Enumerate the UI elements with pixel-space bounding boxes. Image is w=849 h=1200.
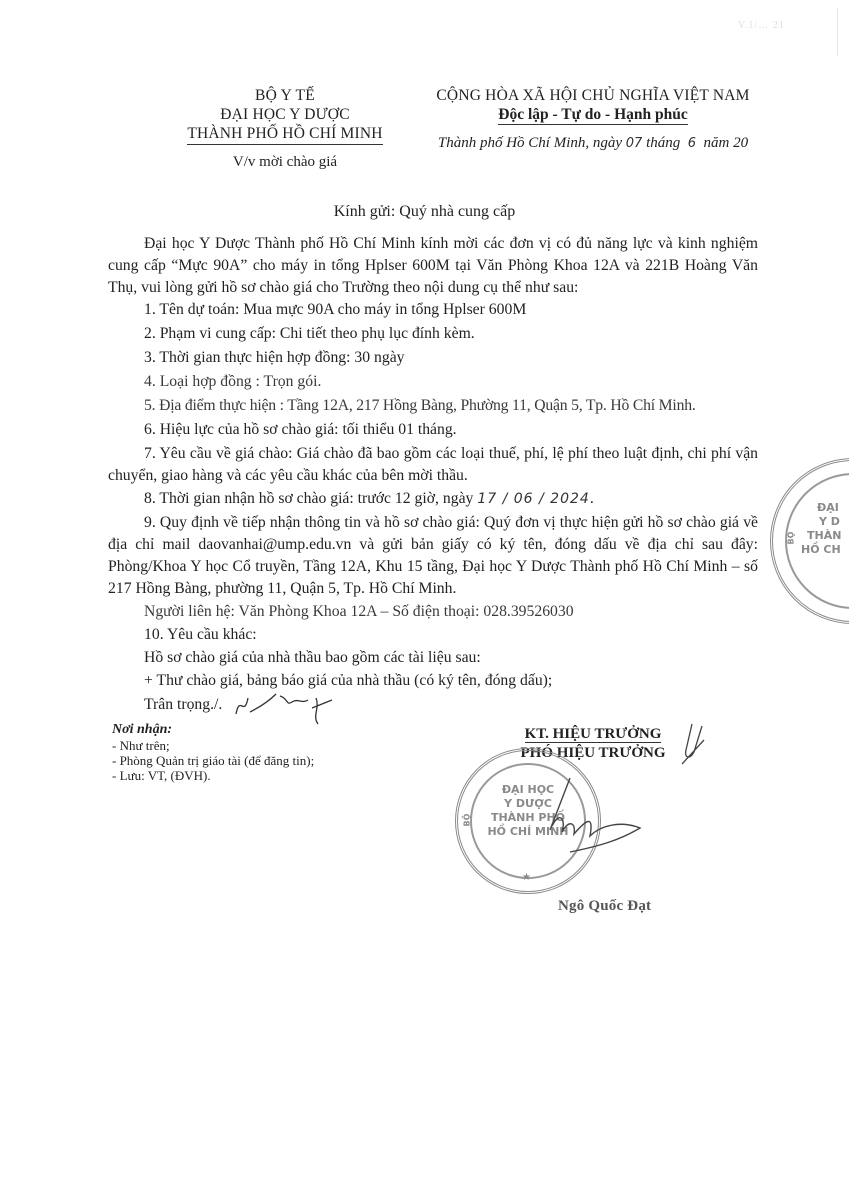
scan-mark: V.1/… 21 (738, 20, 785, 31)
item-2: 2. Phạm vi cung cấp: Chi tiết theo phụ l… (144, 323, 475, 345)
seal-side-text: BỘ (460, 814, 474, 827)
seal-star-icon: ★ (522, 871, 531, 885)
item-1: 1. Tên dự toán: Mua mực 90A cho máy in t… (144, 299, 526, 321)
closing: Trân trọng./. (144, 694, 222, 716)
contact-line: Người liên hệ: Văn Phòng Khoa 12A – Số đ… (144, 601, 574, 623)
university-name-line2: THÀNH PHỐ HỒ CHÍ MINH (187, 124, 382, 145)
edge-seal-line4: HỒ CH (795, 543, 849, 557)
signatory-name: Ngô Quốc Đạt (558, 898, 651, 915)
document-date: Thành phố Hồ Chí Minh, ngày 07 tháng 6 n… (408, 134, 778, 153)
deadline-handwritten: 17 / 06 / 2024 (477, 491, 590, 507)
recipient-item: - Phòng Quản trị giáo tài (để đăng tin); (112, 753, 314, 768)
national-header: CỘNG HÒA XÃ HỘI CHỦ NGHĨA VIỆT NAM Độc l… (408, 86, 778, 153)
university-name-line1: ĐẠI HỌC Y DƯỢC (140, 105, 430, 124)
documents-item: + Thư chào giá, bảng báo giá của nhà thầ… (144, 670, 552, 692)
approval-mark (678, 720, 708, 770)
edge-seal-side-text: BỘ (784, 532, 798, 545)
ministry-name: BỘ Y TẾ (140, 86, 430, 105)
issuer-block: BỘ Y TẾ ĐẠI HỌC Y DƯỢC THÀNH PHỐ HỒ CHÍ … (140, 86, 430, 172)
item-5: 5. Địa điểm thực hiện : Tầng 12A, 217 Hồ… (144, 395, 696, 417)
item-9: 9. Quy định về tiếp nhận thông tin và hồ… (108, 512, 758, 600)
date-prefix: Thành phố Hồ Chí Minh, ngày (438, 135, 622, 151)
edge-seal-line1: ĐẠI (795, 501, 849, 515)
recipient-item: - Như trên; (112, 738, 314, 753)
item-6: 6. Hiệu lực của hồ sơ chào giá: tối thiể… (144, 419, 457, 441)
date-month-label: tháng (646, 135, 680, 151)
recipient-item: - Lưu: VT, (ĐVH). (112, 768, 314, 783)
greeting: Kính gửi: Quý nhà cung cấp (0, 203, 849, 221)
date-day-handwritten: 07 (626, 136, 643, 151)
item-4: 4. Loại hợp đồng : Trọn gói. (144, 371, 321, 393)
documents-intro: Hồ sơ chào giá của nhà thầu bao gồm các … (144, 647, 481, 669)
recipients-block: Nơi nhận: - Như trên; - Phòng Quản trị g… (112, 722, 314, 783)
item-7: 7. Yêu cầu về giá chào: Giá chào đã bao … (108, 443, 758, 487)
intro-paragraph: Đại học Y Dược Thành phố Hồ Chí Minh kín… (108, 233, 758, 299)
main-signature (530, 770, 660, 860)
date-year-label: năm 20 (704, 135, 749, 151)
item-3: 3. Thời gian thực hiện hợp đồng: 30 ngày (144, 347, 405, 369)
item-8-text: 8. Thời gian nhận hồ sơ chào giá: trước … (144, 490, 473, 507)
national-motto: Độc lập - Tự do - Hạnh phúc (498, 106, 687, 125)
date-month-handwritten: 6 (688, 136, 696, 151)
country-name: CỘNG HÒA XÃ HỘI CHỦ NGHĨA VIỆT NAM (408, 86, 778, 105)
item-10: 10. Yêu cầu khác: (144, 624, 257, 646)
margin-line (837, 8, 838, 56)
document-subject: V/v mời chào giá (140, 153, 430, 172)
item-8: 8. Thời gian nhận hồ sơ chào giá: trước … (144, 488, 594, 510)
recipients-title: Nơi nhận: (112, 722, 314, 737)
edge-seal-line2: Y D (795, 515, 849, 529)
edge-seal-line3: THÀN (795, 529, 849, 543)
page-edge-seal: ĐẠI Y D THÀN HỒ CH BỘ (770, 458, 849, 624)
signatory-line1: KT. HIỆU TRƯỞNG (525, 726, 662, 743)
